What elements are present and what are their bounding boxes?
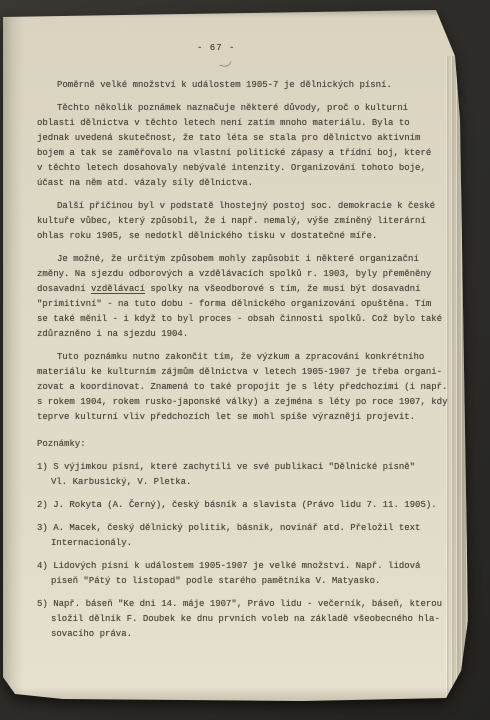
text-line: v těchto letech dosahovaly nebývalé inte… <box>37 161 457 176</box>
paragraph: Těchto několik poznámek naznačuje někter… <box>37 101 457 191</box>
text-line: Internacionály. <box>37 536 457 551</box>
notes-heading: Poznámky: <box>37 437 457 452</box>
text-line: "primitivní" - na tuto dobu - forma děln… <box>37 297 457 312</box>
footnote: 1) S výjimkou písní, které zachytili ve … <box>37 460 457 490</box>
text-line: bojem a tak se zaměřovalo na vlastní pol… <box>37 146 457 161</box>
text-line: oblasti dělnictva v těchto letech není z… <box>37 116 457 131</box>
paragraph: Je možné, že určitým způsobem mohly zapů… <box>37 252 457 342</box>
page-number: - 67 - <box>197 41 457 56</box>
text-line: 4) Lidových písní k událostem 1905-1907 … <box>37 559 457 574</box>
text-line: Je možné, že určitým způsobem mohly zapů… <box>37 252 457 267</box>
text-line: účast na něm atd. vázaly síly dělnictva. <box>37 176 457 191</box>
text-line: 1) S výjimkou písní, které zachytili ve … <box>37 460 457 475</box>
text-line: složil dělník F. Doubek ke dnu prvních v… <box>37 612 457 627</box>
text-line: Poměrně velké množství k událostem 1905-… <box>37 78 457 93</box>
footnote: 3) A. Macek, český dělnický politik, bás… <box>37 521 457 551</box>
text-line: teprve kulturní vliv předchozích let se … <box>37 410 457 425</box>
book-page-shadow: - 67 - Poměrně velké množství k událoste… <box>0 0 490 720</box>
paragraph: Poměrně velké množství k událostem 1905-… <box>37 78 457 93</box>
text-line: 5) Např. báseň "Ke dni 14. máje 1907", P… <box>37 597 457 612</box>
text-line: Další příčinou byl v podstatě lhostejný … <box>37 199 457 214</box>
paragraph: Tuto poznámku nutno zakončit tím, že výz… <box>37 350 457 425</box>
text-line: ohlas roku 1905, se nedotkl dělnického t… <box>37 229 457 244</box>
typewritten-text: - 67 - Poměrně velké množství k událoste… <box>37 10 457 650</box>
text-line: Vl. Karbusický, V. Pletka. <box>37 475 457 490</box>
text-line: sovacího práva. <box>37 627 457 642</box>
text-line: 2) J. Rokyta (A. Černý), český básník a … <box>37 498 457 513</box>
text-line: kultuře vůbec, který způsobil, že i např… <box>37 214 457 229</box>
paragraph: Další příčinou byl v podstatě lhostejný … <box>37 199 457 244</box>
text-line: s rokem 1904, rokem rusko-japonské války… <box>37 395 457 410</box>
text-line: dosavadní vzdělávací spolky na všeodboro… <box>37 282 457 297</box>
text-line: zdůrazněno i na sjezdu 1904. <box>37 327 457 342</box>
text-line: 3) A. Macek, český dělnický politik, bás… <box>37 521 457 536</box>
book-page: - 67 - Poměrně velké množství k událoste… <box>3 10 468 701</box>
text-line: se také měnil - i když to byl proces - o… <box>37 312 457 327</box>
underlined-text: vzdělávací <box>91 284 145 294</box>
text-line: Tuto poznámku nutno zakončit tím, že výz… <box>37 350 457 365</box>
text-line: Těchto několik poznámek naznačuje někter… <box>37 101 457 116</box>
footnote: 5) Např. báseň "Ke dni 14. máje 1907", P… <box>37 597 457 642</box>
paragraphs: Poměrně velké množství k událostem 1905-… <box>37 78 457 425</box>
text-line: zovat a koordinovat. Znamená to také pro… <box>37 380 457 395</box>
text-line: změny. Na sjezdu odborových a vzdělávací… <box>37 267 457 282</box>
text-line: materiálu ke kulturním zájmům dělnictva … <box>37 365 457 380</box>
text-line: píseň "Pátý to listopad" podle starého p… <box>37 574 457 589</box>
notes-list: 1) S výjimkou písní, které zachytili ve … <box>37 460 457 642</box>
footnote: 2) J. Rokyta (A. Černý), český básník a … <box>37 498 457 513</box>
footnote: 4) Lidových písní k událostem 1905-1907 … <box>37 559 457 589</box>
text-line: jednak uvedená skutečnost, že tato léta … <box>37 131 457 146</box>
photo-background: - 67 - Poměrně velké množství k událoste… <box>0 0 490 720</box>
